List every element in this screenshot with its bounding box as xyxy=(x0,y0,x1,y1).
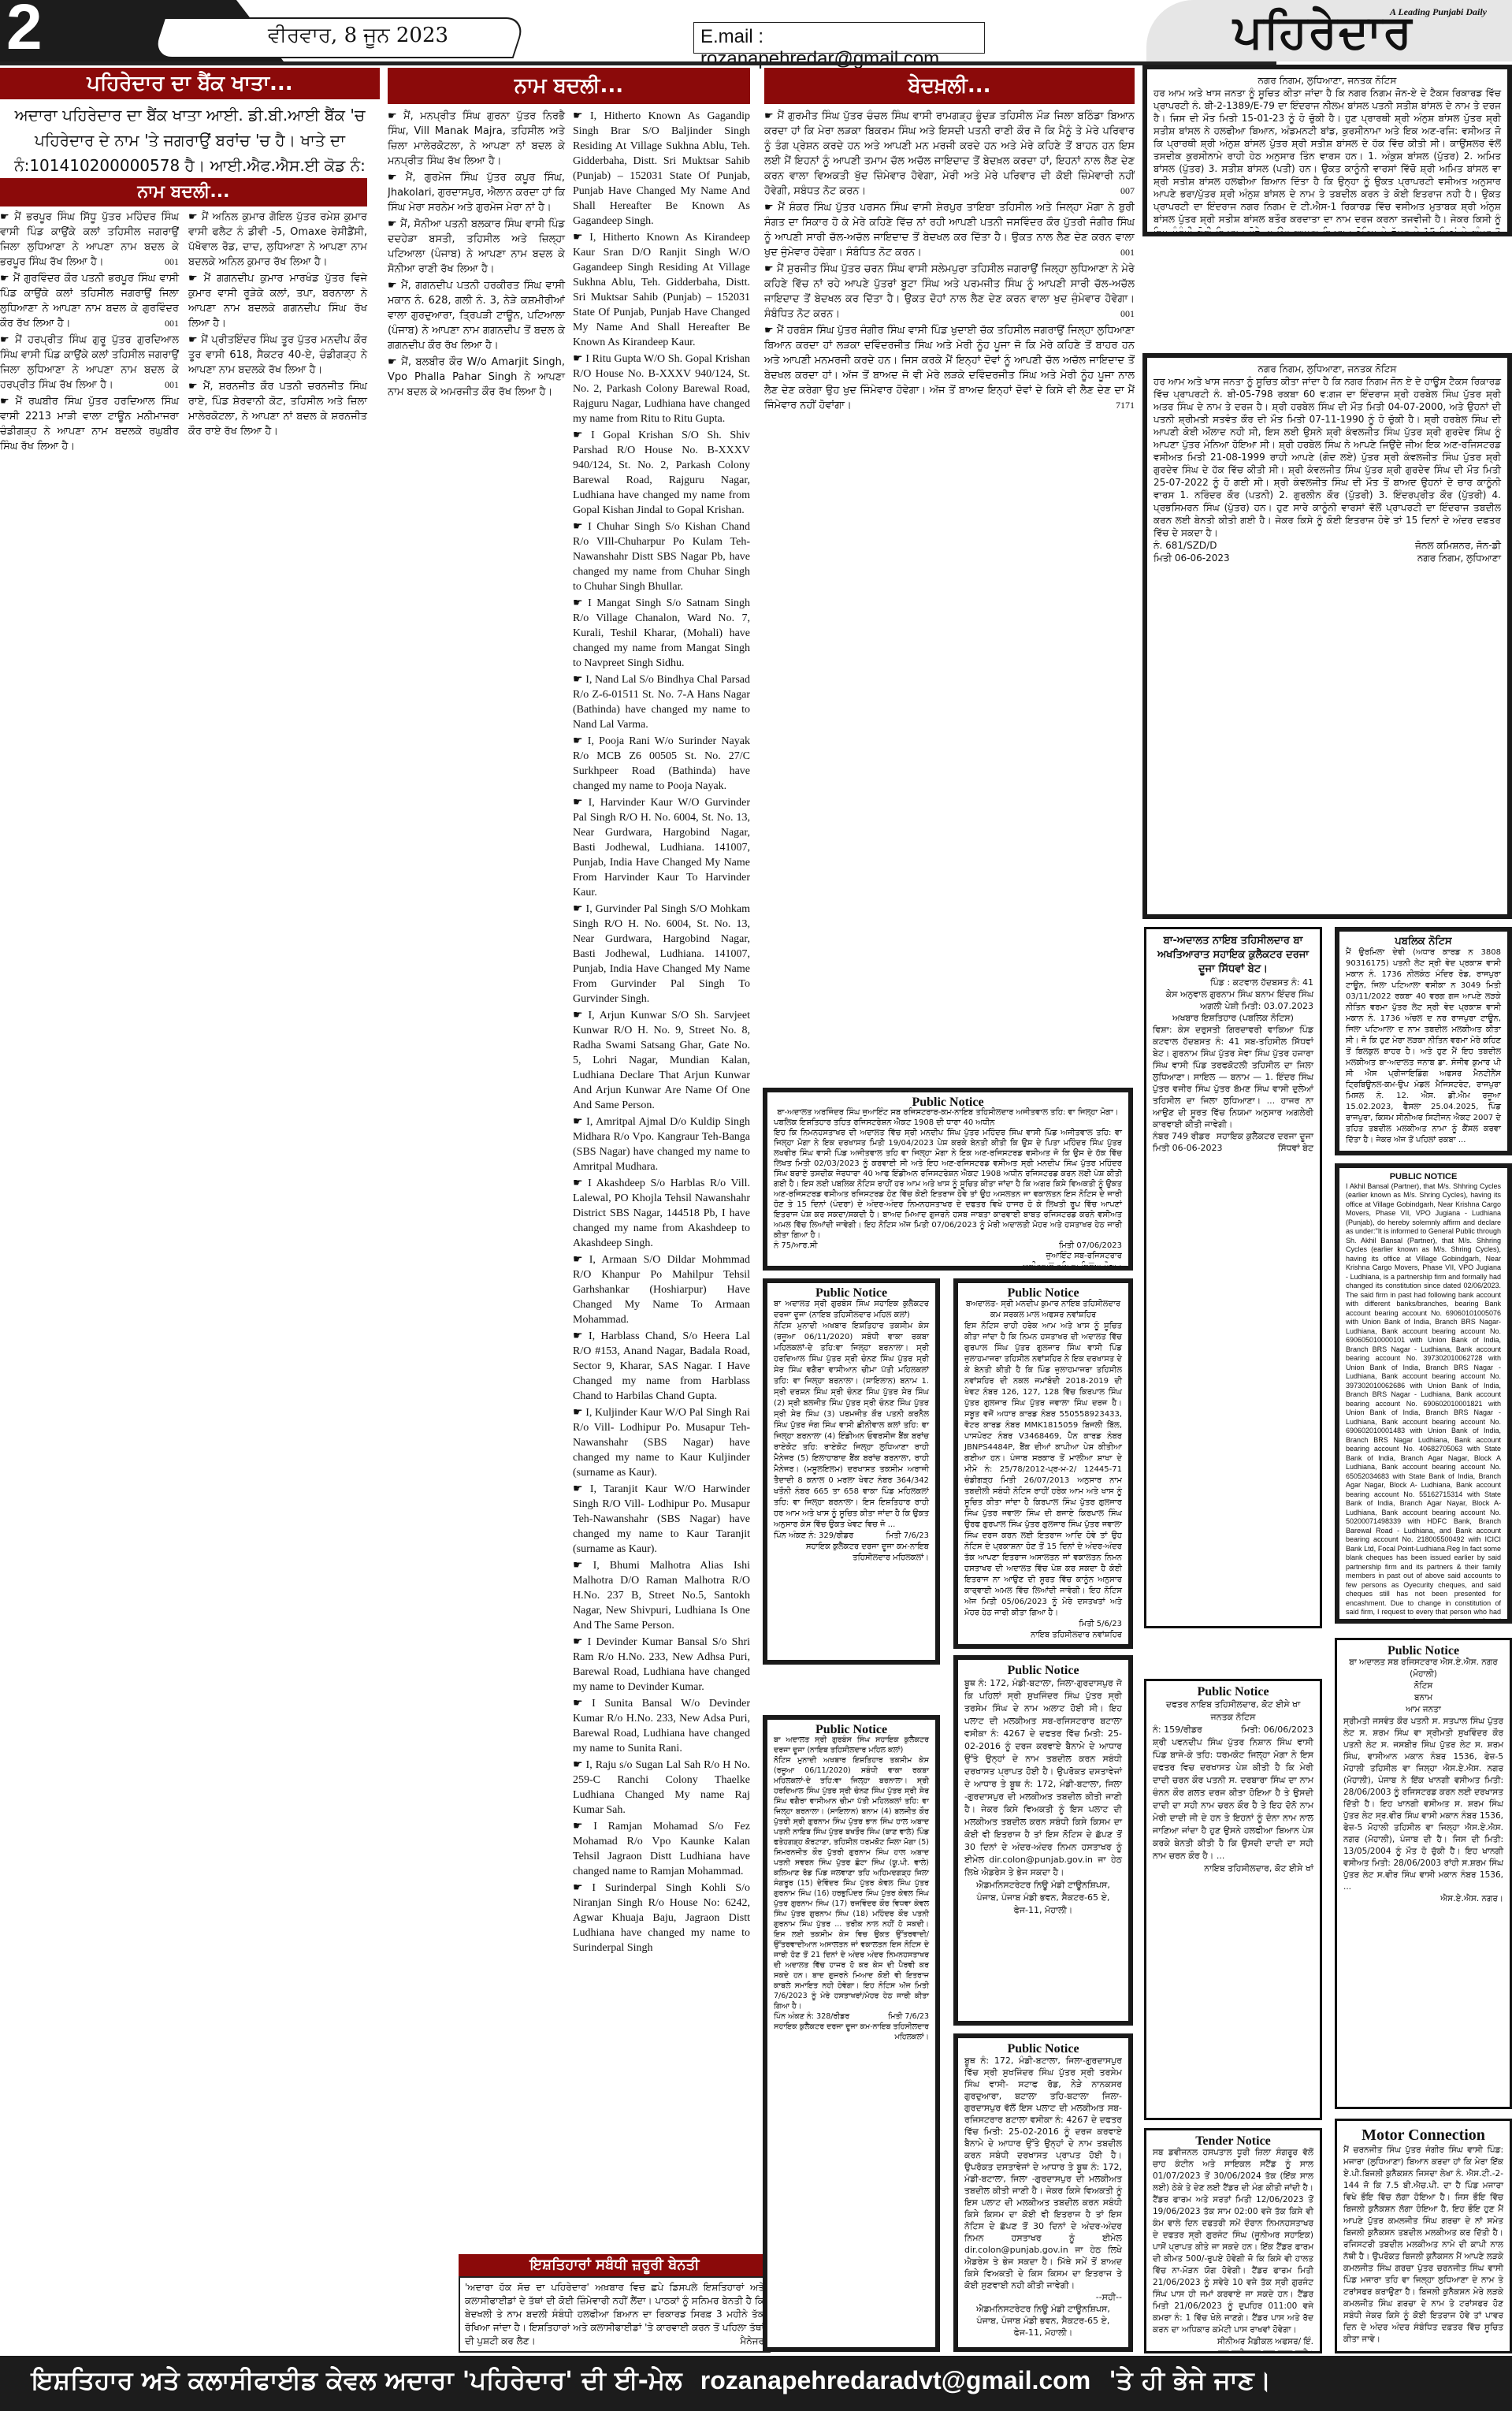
list-item: I, Kuljinder Kaur W/O Pal Singh Rai R/o … xyxy=(573,1405,750,1480)
mc-notice-zone-a: ਨਗਰ ਨਿਗਮ, ਲੁਧਿਆਣਾ, ਜਨਤਕ ਨੋਟਿਸ ਹਰ ਆਮ ਅਤੇ … xyxy=(1142,65,1512,236)
list-item: I, Bhumi Malhotra Alias Ishi Malhotra D/… xyxy=(573,1558,750,1633)
logo-tagline: A Leading Punjabi Daily xyxy=(1390,6,1487,18)
name-change-left-col2: ਮੈਂ ਅਨਿਲ ਕੁਮਾਰ ਗੋਇਲ ਪੁੱਤਰ ਰਮੇਸ਼ ਕੁਮਾਰ ਵਾ… xyxy=(188,210,367,456)
public-notice-batala-2: Public Notice ਬੂਥ ਨੰ: 172, ਮੰਡੀ-ਬਟਾਲਾ, ਜ… xyxy=(953,2033,1133,2352)
mc-notice-zone-d: ਨਗਰ ਨਿਗਮ, ਲੁਧਿਆਣਾ, ਜਨਤਕ ਨੋਟਿਸ ਹਰ ਆਮ ਅਤੇ … xyxy=(1142,353,1512,919)
ad-request-title: ਇਸ਼ਤਿਹਾਰਾਂ ਸਬੰਧੀ ਜ਼ਰੂਰੀ ਬੇਨਤੀ xyxy=(459,2254,771,2276)
list-item: ਮੈਂ ਹਰਪ੍ਰੀਤ ਸਿੰਘ ਗੁਰੂ ਪੁੱਤਰ ਗੁਰਦਿਆਲ ਸਿੰਘ… xyxy=(0,333,179,393)
public-notice-mehal-kalan-1: Public Notice ਬਾ ਅਦਾਲਤ ਸ੍ਰੀ ਗੁਰਬੰਸ ਸਿੰਘ … xyxy=(763,1278,940,1665)
footer-suffix: 'ਤੇ ਹੀ ਭੇਜੇ ਜਾਣ। xyxy=(1109,2365,1271,2395)
list-item: I, Taranjit Kaur W/O Harwinder Singh R/O… xyxy=(573,1482,750,1557)
list-item: I Surinderpal Singh Kohli S/o Niranjan S… xyxy=(573,1881,750,1955)
list-item: I Chuhar Singh S/o Kishan Chand R/o VIll… xyxy=(573,519,750,594)
list-item: ਮੈਂ ਭਰਪੂਰ ਸਿੰਘ ਸਿੱਧੂ ਪੁੱਤਰ ਮਹਿੰਦਰ ਸਿੰਘ ਵ… xyxy=(0,210,179,270)
tender-notice: Tender Notice ਸਬ ਡਵੀਜਨਲ ਹਸਪਤਾਲ ਧੂਰੀ ਜ਼ਿਲ… xyxy=(1144,2128,1322,2353)
public-notice-ajitwal: Public Notice ਬਾ-ਅਦਾਲਤ ਅਰਜਿੰਦਰ ਸਿੰਘ ਜੁਆਇ… xyxy=(763,1088,1133,1271)
list-item: I, Amritpal Ajmal D/o Kuldip Singh Midha… xyxy=(573,1114,750,1174)
ad-request-section: ਇਸ਼ਤਿਹਾਰਾਂ ਸਬੰਧੀ ਜ਼ਰੂਰੀ ਬੇਨਤੀ 'ਅਦਾਰਾ ਹੱਕ… xyxy=(459,2254,771,2353)
public-notice-kot-ise-khan: Public Notice ਦਫਤਰ ਨਾਇਬ ਤਹਿਸੀਲਦਾਰ, ਕੋਟ ਈ… xyxy=(1144,1679,1322,2120)
list-item: I, Pooja Rani W/o Surinder Nayak R/o MCB… xyxy=(573,734,750,794)
name-change-mid-section: ਨਾਮ ਬਦਲੀ... ਮੈਂ, ਮਨਪ੍ਰੀਤ ਸਿੰਘ ਗੁਰਨਾ ਪੁੱਤ… xyxy=(388,68,756,2180)
list-item: I, Nand Lal S/o Bindhya Chal Parsad R/o … xyxy=(573,672,750,732)
eviction-section: ਬੇਦਖ਼ਲੀ... ਮੈਂ ਗੁਰਮੀਤ ਸਿੰਘ ਪੁੱਤਰ ਚੰਚਲ ਸਿ… xyxy=(764,68,1135,1085)
list-item: ਮੈਂ, ਸ਼ਰਨਜੀਤ ਕੌਰ ਪਤਨੀ ਚਰਨਜੀਤ ਸਿੰਘ ਰਾਏ, ਪ… xyxy=(188,379,367,439)
list-item: I Gopal Krishan S/O Sh. Shiv Parshad R/O… xyxy=(573,428,750,518)
name-change-mid-title: ਨਾਮ ਬਦਲੀ... xyxy=(388,68,750,104)
public-notice-mehal-kalan-2: Public Notice ਬਾ ਅਦਾਲਤ ਸ੍ਰੀ ਗੁਰਬੰਸ ਸਿੰਘ … xyxy=(763,1715,940,2352)
list-item: I Devinder Kumar Bansal S/o Shri Ram R/o… xyxy=(573,1635,750,1695)
list-item: ਮੈਂ ਗਗਨਦੀਪ ਕੁਮਾਰ ਮਾਰਖੰਡ ਪੁੱਤਰ ਵਿਜੇ ਕੁਮਾਰ… xyxy=(188,271,367,331)
masthead: 2 ਵੀਰਵਾਰ, 8 ਜੂਨ 2023 E.mail : rozanapehr… xyxy=(0,0,1512,65)
bank-account-body: ਅਦਾਰਾ ਪਹਿਰੇਦਾਰ ਦਾ ਬੈਂਕ ਖਾਤਾ ਆਈ. ਡੀ.ਬੀ.ਆਈ… xyxy=(0,99,380,186)
list-item: ਮੈਂ, ਮਨਪ੍ਰੀਤ ਸਿੰਘ ਗੁਰਨਾ ਪੁੱਤਰ ਨਿਰਭੈ ਸਿੰਘ… xyxy=(388,109,565,169)
list-item: I Mangat Singh S/o Satnam Singh R/o Vill… xyxy=(573,596,750,671)
footer-banner: ਇਸ਼ਤਿਹਾਰ ਅਤੇ ਕਲਾਸੀਫਾਈਡ ਕੇਵਲ ਅਦਾਰਾ 'ਪਹਿਰੇ… xyxy=(0,2356,1512,2411)
list-item: I Akashdeep S/o Harblas R/o Vill. Lalewa… xyxy=(573,1176,750,1251)
list-item: ਮੈਂ, ਗਗਨਦੀਪ ਪਤਨੀ ਹਰਕੀਰਤ ਸਿੰਘ ਵਾਸੀ ਮਕਾਨ ਨ… xyxy=(388,278,565,353)
list-item: I, Raju s/o Sugan Lal Sah R/o H No. 259-… xyxy=(573,1758,750,1818)
naib-tehsildar-notice: ਬਾ-ਅਦਾਲਤ ਨਾਇਬ ਤਹਿਸੀਲਦਾਰ ਬਾ ਅਖਤਿਆਰਾਤ ਸਹਾਇ… xyxy=(1144,927,1322,1628)
list-item: ਮੈਂ ਹਰਬੰਸ ਸਿੰਘ ਪੁੱਤਰ ਜੰਗੀਰ ਸਿੰਘ ਵਾਸੀ ਪਿੰ… xyxy=(764,323,1135,413)
list-item: I, Hitherto Known As Gagandip Singh Brar… xyxy=(573,109,750,229)
masthead-rule xyxy=(0,61,1276,65)
ad-request-body: 'ਅਦਾਰਾ ਹੱਕ ਸੱਚ ਦਾ ਪਹਿਰੇਦਾਰ' ਅਖ਼ਬਾਰ ਵਿਚ ਛ… xyxy=(459,2276,771,2353)
name-change-left-col1: ਮੈਂ ਭਰਪੂਰ ਸਿੰਘ ਸਿੱਧੂ ਪੁੱਤਰ ਮਹਿੰਦਰ ਸਿੰਘ ਵ… xyxy=(0,210,179,456)
list-item: ਮੈਂ ਸ਼ੰਕਰ ਸਿੰਘ ਪੁੱਤਰ ਪਰਸਨ ਸਿੰਘ ਵਾਸੀ ਸ਼ੇਰ… xyxy=(764,200,1135,260)
name-change-english-col: I, Hitherto Known As Gagandip Singh Brar… xyxy=(573,109,750,1957)
public-notice-nawanshahr: Public Notice ਬਅਦਾਲਤ- ਸ੍ਰੀ ਮਨਦੀਪ ਕੁਮਾਰ ਨ… xyxy=(953,1278,1133,1649)
public-notice-akhil-bansal: PUBLIC NOTICE I Akhil Bansal (Partner), … xyxy=(1335,1163,1512,1624)
issue-date: ਵੀਰਵਾਰ, 8 ਜੂਨ 2023 xyxy=(268,24,448,48)
name-change-punjabi-col: ਮੈਂ, ਮਨਪ੍ਰੀਤ ਸਿੰਘ ਗੁਰਨਾ ਪੁੱਤਰ ਨਿਰਭੈ ਸਿੰਘ… xyxy=(388,109,565,1957)
list-item: ਮੈਂ ਅਨਿਲ ਕੁਮਾਰ ਗੋਇਲ ਪੁੱਤਰ ਰਮੇਸ਼ ਕੁਮਾਰ ਵਾ… xyxy=(188,210,367,270)
list-item: ਮੈਂ, ਸੋਨੀਆ ਪਤਨੀ ਬਲਕਾਰ ਸਿੰਘ ਵਾਸੀ ਪਿੰਡ ਦਦਹ… xyxy=(388,217,565,277)
name-change-left-title: ਨਾਮ ਬਦਲੀ... xyxy=(0,178,367,206)
email-link[interactable]: E.mail : rozanapehredar@gmail.com xyxy=(693,22,985,54)
bank-account-title: ਪਹਿਰੇਦਾਰ ਦਾ ਬੈਂਕ ਖਾਤਾ... xyxy=(0,68,380,99)
list-item: ਮੈਂ ਗੁਰਵਿੰਦਰ ਕੌਰ ਪਤਨੀ ਭਰਪੂਰ ਸਿੰਘ ਵਾਸੀ ਪਿ… xyxy=(0,271,179,331)
list-item: I Sunita Bansal W/o Devinder Kumar R/o H… xyxy=(573,1696,750,1756)
eviction-title: ਬੇਦਖ਼ਲੀ... xyxy=(764,68,1135,104)
public-notice-urmila: ਪਬਲਿਕ ਨੋਟਿਸ ਮੈਂ ਉਰਮਿਲਾ ਦੇਵੀ (ਅਧਾਰ ਕਾਰਡ ਨ… xyxy=(1335,927,1512,1155)
list-item: I Ritu Gupta W/O Sh. Gopal Krishan R/O H… xyxy=(573,352,750,426)
list-item: ਮੈਂ, ਗੁਰਮੇਜ ਸਿੰਘ ਪੁੱਤਰ ਕਪੂਰ ਸਿੰਘ, Jhakol… xyxy=(388,170,565,215)
list-item: I, Arjun Kunwar S/O Sh. Sarvjeet Kunwar … xyxy=(573,1008,750,1113)
list-item: I Ramjan Mohamad S/o Fez Mohamad R/o Vpo… xyxy=(573,1819,750,1879)
list-item: ਮੈਂ ਰਘਬੀਰ ਸਿੰਘ ਪੁੱਤਰ ਹਰਦਿਆਲ ਸਿੰਘ ਵਾਸੀ 22… xyxy=(0,394,179,454)
list-item: ਮੈਂ ਗੁਰਮੀਤ ਸਿੰਘ ਪੁੱਤਰ ਚੰਚਲ ਸਿੰਘ ਵਾਸੀ ਰਾਮ… xyxy=(764,109,1135,199)
newspaper-logo: ਪਹਿਰੇਦਾਰ xyxy=(1233,5,1414,59)
list-item: ਮੈਂ, ਬਲਬੀਰ ਕੌਰ W/o Amarjit Singh, Vpo Ph… xyxy=(388,355,565,400)
list-item: I, Harblass Chand, S/o Heera Lal R/O #15… xyxy=(573,1329,750,1404)
footer-email[interactable]: rozanapehredaradvt@gmail.com xyxy=(700,2366,1090,2394)
footer-text: ਇਸ਼ਤਿਹਾਰ ਅਤੇ ਕਲਾਸੀਫਾਈਡ ਕੇਵਲ ਅਦਾਰਾ 'ਪਹਿਰੇ… xyxy=(32,2365,682,2395)
motor-connection-notice: Motor Connection ਮੈਂ ਚਰਨਜੀਤ ਸਿੰਘ ਪੁੱਤਰ ਜ… xyxy=(1335,2119,1512,2353)
list-item: I, Armaan S/O Dildar Mohmmad R/O Khanpur… xyxy=(573,1252,750,1327)
list-item: ਮੈਂ ਪ੍ਰੀਤਇੰਦਰ ਸਿੰਘ ਤੂਰ ਪੁੱਤਰ ਮਨਦੀਪ ਕੌਰ ਤ… xyxy=(188,333,367,378)
public-notice-batala-1: Public Notice ਬੂਥ ਨੰ: 172, ਮੰਡੀ-ਬਟਾਲਾ, ਜ… xyxy=(953,1655,1133,2026)
bank-account-section: ਪਹਿਰੇਦਾਰ ਦਾ ਬੈਂਕ ਖਾਤਾ... ਅਦਾਰਾ ਪਹਿਰੇਦਾਰ … xyxy=(0,68,380,186)
page-number: 2 xyxy=(6,0,43,60)
name-change-left-section: ਨਾਮ ਬਦਲੀ... ਮੈਂ ਭਰਪੂਰ ਸਿੰਘ ਸਿੱਧੂ ਪੁੱਤਰ ਮ… xyxy=(0,178,380,2353)
list-item: I, Hitherto Known As Kirandeep Kaur Sran… xyxy=(573,230,750,350)
list-item: I, Harvinder Kaur W/O Gurvinder Pal Sing… xyxy=(573,795,750,900)
public-notice-mohali: Public Notice ਬਾ ਅਦਾਲਤ ਸਬ ਰਜਿਸਟਰਾਰ ਐਸ.ਏ.… xyxy=(1335,1638,1512,2109)
list-item: I, Gurvinder Pal Singh S/O Mohkam Singh … xyxy=(573,902,750,1006)
ad-request-signatory: ਮੈਨੇਜਰ xyxy=(740,2335,764,2348)
list-item: ਮੈਂ ਸੁਰਜੀਤ ਸਿੰਘ ਪੁੱਤਰ ਚਰਨ ਸਿੰਘ ਵਾਸੀ ਸਲੇਮ… xyxy=(764,262,1135,322)
